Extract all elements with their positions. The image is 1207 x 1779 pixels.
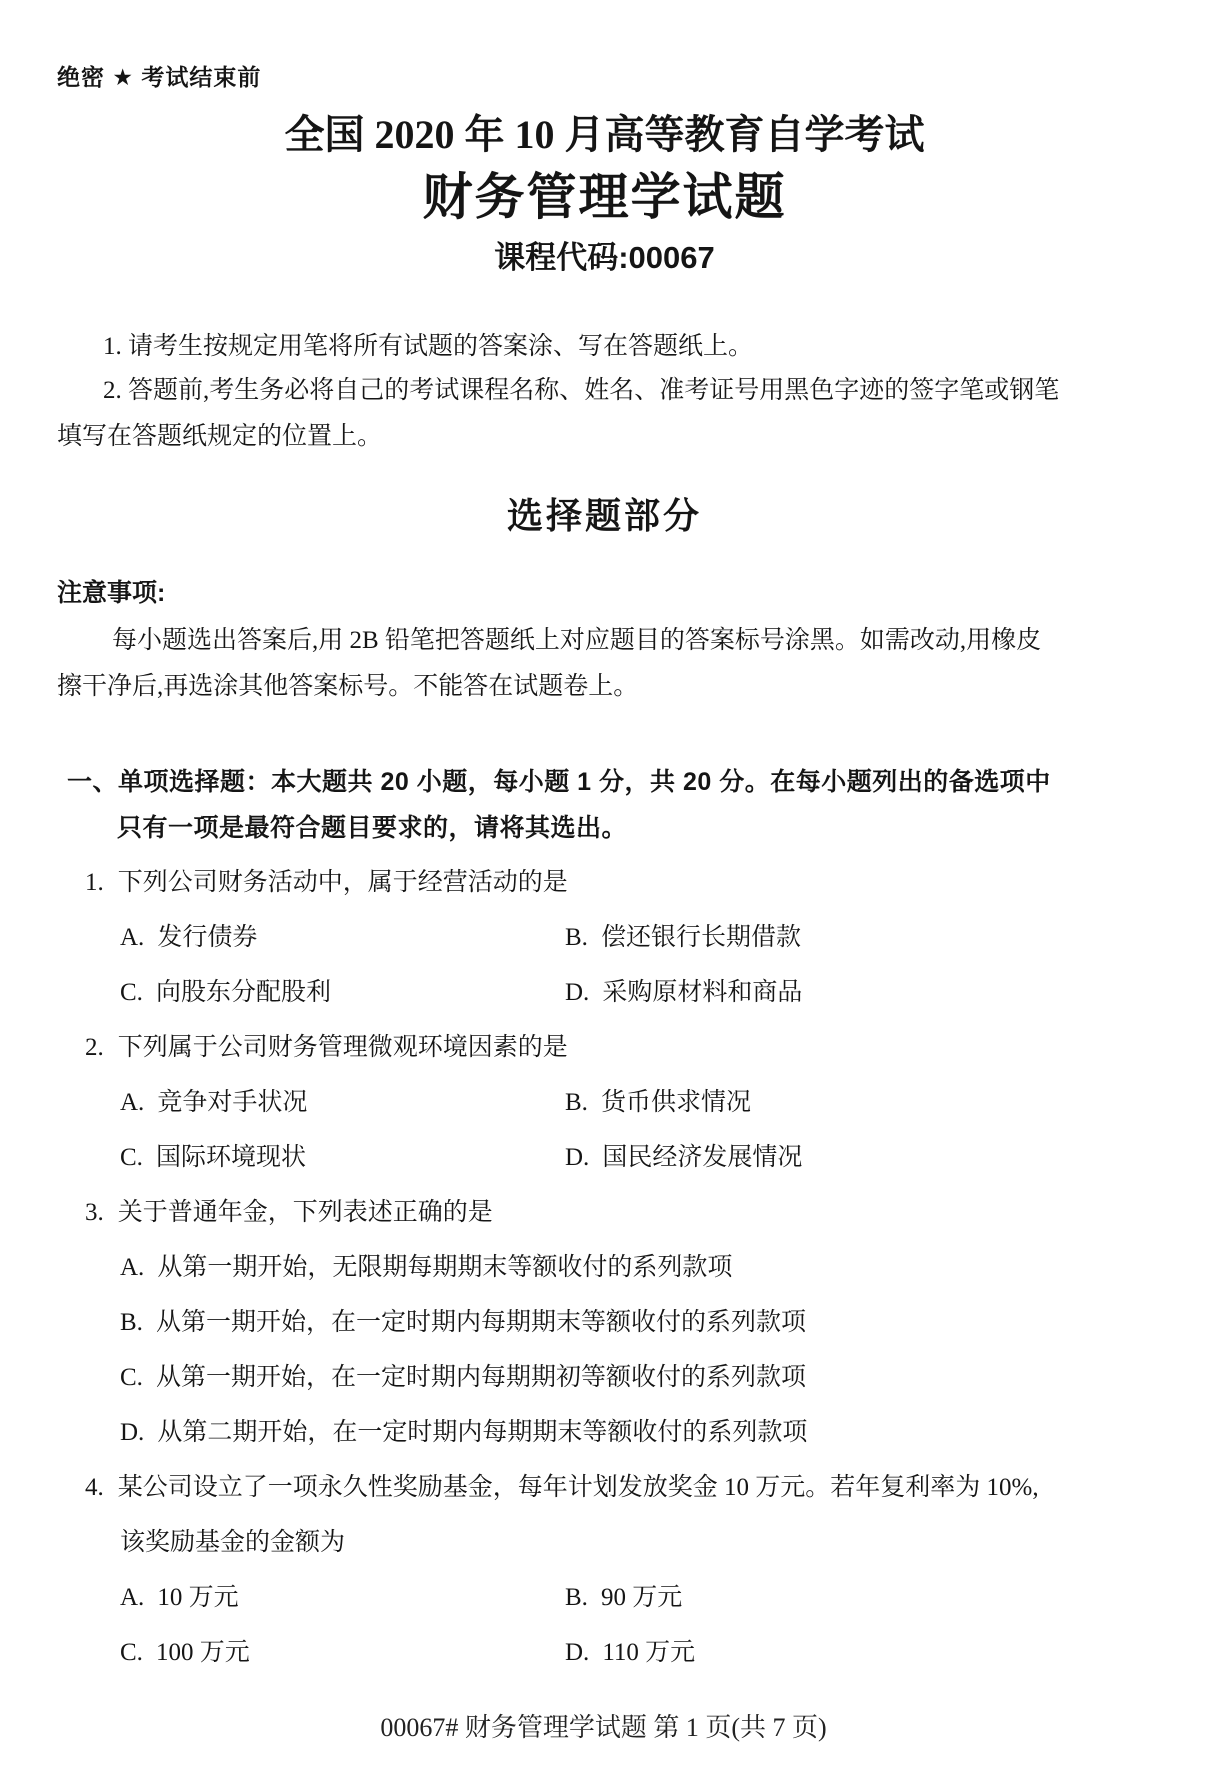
option-d: D.采购原材料和商品: [565, 978, 1152, 1033]
option-text: 90 万元: [601, 1584, 682, 1611]
question-3-stem: 3.关于普通年金，下列表述正确的是: [57, 1198, 1152, 1253]
question-3-option-c: C.从第一期开始，在一定时期内每期期初等额收付的系列款项: [57, 1363, 1152, 1418]
question-list: 1.下列公司财务活动中，属于经营活动的是 A.发行债券 B.偿还银行长期借款 C…: [57, 868, 1152, 1693]
option-label: A.: [120, 1088, 144, 1118]
question-4-options-row1: A.10 万元 B.90 万元: [57, 1583, 1152, 1638]
question-4-stem-line2: 该奖励基金的金额为: [57, 1528, 1152, 1583]
question-3-option-a: A.从第一期开始，无限期每期期末等额收付的系列款项: [57, 1253, 1152, 1308]
option-text: 从第一期开始，在一定时期内每期期初等额收付的系列款项: [156, 1364, 806, 1391]
part-one-heading-line2: 只有一项是最符合题目要求的，请将其选出。: [57, 812, 1152, 844]
option-label: B.: [565, 923, 588, 953]
option-c: C.100 万元: [120, 1638, 565, 1693]
question-number: 2.: [85, 1033, 104, 1063]
question-text: 下列公司财务活动中，属于经营活动的是: [118, 869, 568, 896]
option-text: 100 万元: [156, 1639, 250, 1666]
option-label: C.: [120, 978, 143, 1008]
option-text: 从第一期开始，无限期每期期末等额收付的系列款项: [157, 1254, 732, 1281]
option-label: B.: [120, 1308, 143, 1338]
option-d: D.国民经济发展情况: [565, 1143, 1152, 1198]
exam-paper-page: 绝密 ★ 考试结束前 全国 2020 年 10 月高等教育自学考试 财务管理学试…: [0, 0, 1207, 1779]
option-c: C.国际环境现状: [120, 1143, 565, 1198]
option-text: 竞争对手状况: [157, 1089, 307, 1116]
classification-banner: 绝密 ★ 考试结束前: [57, 0, 1152, 90]
question-number: 4.: [85, 1473, 104, 1503]
option-b: B.货币供求情况: [565, 1088, 1152, 1143]
option-label: D.: [565, 1638, 589, 1668]
part-one-heading-line1: 一、单项选择题：本大题共 20 小题，每小题 1 分，共 20 分。在每小题列出…: [57, 766, 1152, 798]
general-instruction-2-line1: 2. 答题前,考生务必将自己的考试课程名称、姓名、准考证号用黑色字迹的签字笔或钢…: [57, 376, 1152, 406]
question-2-options-row1: A.竞争对手状况 B.货币供求情况: [57, 1088, 1152, 1143]
option-text: 国民经济发展情况: [602, 1144, 802, 1171]
option-text: 110 万元: [602, 1639, 695, 1666]
option-c: C.向股东分配股利: [120, 978, 565, 1033]
notice-line1: 每小题选出答案后,用 2B 铅笔把答题纸上对应题目的答案标号涂黑。如需改动,用橡…: [57, 626, 1152, 656]
option-a: A.竞争对手状况: [120, 1088, 565, 1143]
question-1-stem: 1.下列公司财务活动中，属于经营活动的是: [57, 868, 1152, 923]
option-text: 采购原材料和商品: [602, 979, 802, 1006]
section-title: 选择题部分: [57, 494, 1152, 538]
option-b: B.偿还银行长期借款: [565, 923, 1152, 978]
option-label: D.: [565, 1143, 589, 1173]
question-3-option-b: B.从第一期开始，在一定时期内每期期末等额收付的系列款项: [57, 1308, 1152, 1363]
notice-label: 注意事项:: [57, 578, 1152, 608]
question-3: 3.关于普通年金，下列表述正确的是 A.从第一期开始，无限期每期期末等额收付的系…: [57, 1198, 1152, 1473]
option-label: C.: [120, 1143, 143, 1173]
option-label: A.: [120, 1253, 144, 1283]
option-a: A.10 万元: [120, 1583, 565, 1638]
option-b: B.90 万元: [565, 1583, 1152, 1638]
option-label: C.: [120, 1638, 143, 1668]
option-label: D.: [565, 978, 589, 1008]
question-2-options-row2: C.国际环境现状 D.国民经济发展情况: [57, 1143, 1152, 1198]
question-text: 下列属于公司财务管理微观环境因素的是: [118, 1034, 568, 1061]
question-1-options-row2: C.向股东分配股利 D.采购原材料和商品: [57, 978, 1152, 1033]
course-code: 课程代码:00067: [57, 240, 1152, 276]
page-footer: 00067# 财务管理学试题 第 1 页(共 7 页): [0, 1712, 1207, 1744]
option-text: 从第一期开始，在一定时期内每期期末等额收付的系列款项: [156, 1309, 806, 1336]
question-4-options-row2: C.100 万元 D.110 万元: [57, 1638, 1152, 1693]
question-1-options-row1: A.发行债券 B.偿还银行长期借款: [57, 923, 1152, 978]
question-1: 1.下列公司财务活动中，属于经营活动的是 A.发行债券 B.偿还银行长期借款 C…: [57, 868, 1152, 1033]
question-4-stem-line1: 4.某公司设立了一项永久性奖励基金，每年计划发放奖金 10 万元。若年复利率为 …: [57, 1473, 1152, 1528]
option-text: 从第二期开始，在一定时期内每期期末等额收付的系列款项: [157, 1419, 807, 1446]
option-text: 发行债券: [157, 924, 257, 951]
question-number: 3.: [85, 1198, 104, 1228]
question-4: 4.某公司设立了一项永久性奖励基金，每年计划发放奖金 10 万元。若年复利率为 …: [57, 1473, 1152, 1693]
option-label: C.: [120, 1363, 143, 1393]
option-text: 向股东分配股利: [156, 979, 331, 1006]
question-text: 某公司设立了一项永久性奖励基金，每年计划发放奖金 10 万元。若年复利率为 10…: [118, 1474, 1039, 1501]
option-text: 偿还银行长期借款: [601, 924, 801, 951]
option-a: A.发行债券: [120, 923, 565, 978]
question-text: 关于普通年金，下列表述正确的是: [118, 1199, 493, 1226]
general-instruction-1: 1. 请考生按规定用笔将所有试题的答案涂、写在答题纸上。: [57, 332, 1152, 362]
general-instruction-2-line2: 填写在答题纸规定的位置上。: [57, 422, 1152, 452]
paper-title: 财务管理学试题: [57, 168, 1152, 226]
option-text: 10 万元: [157, 1584, 238, 1611]
option-text: 国际环境现状: [156, 1144, 306, 1171]
option-label: B.: [565, 1088, 588, 1118]
option-label: B.: [565, 1583, 588, 1613]
question-2: 2.下列属于公司财务管理微观环境因素的是 A.竞争对手状况 B.货币供求情况 C…: [57, 1033, 1152, 1198]
option-label: A.: [120, 923, 144, 953]
notice-line2: 擦干净后,再选涂其他答案标号。不能答在试题卷上。: [57, 672, 1152, 702]
question-number: 1.: [85, 868, 104, 898]
question-2-stem: 2.下列属于公司财务管理微观环境因素的是: [57, 1033, 1152, 1088]
option-text: 货币供求情况: [601, 1089, 751, 1116]
option-d: D.110 万元: [565, 1638, 1152, 1693]
option-label: A.: [120, 1583, 144, 1613]
option-label: D.: [120, 1418, 144, 1448]
exam-title: 全国 2020 年 10 月高等教育自学考试: [57, 112, 1152, 158]
question-3-option-d: D.从第二期开始，在一定时期内每期期末等额收付的系列款项: [57, 1418, 1152, 1473]
